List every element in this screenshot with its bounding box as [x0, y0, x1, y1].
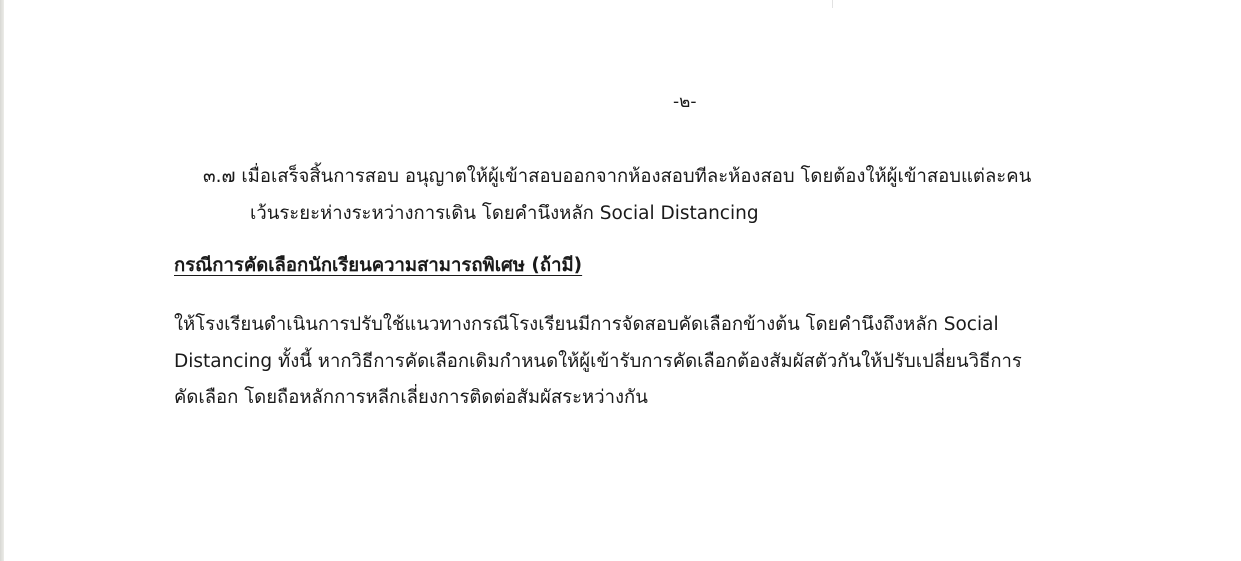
section-heading: กรณีการคัดเลือกนักเรียนความสามารถพิเศษ (… [174, 252, 582, 280]
item-text-line-2: เว้นระยะห่างระหว่างการเดิน โดยคำนึงหลัก … [203, 195, 1143, 232]
paragraph-line-2: Distancing ทั้งนี้ หากวิธีการคัดเลือกเดิ… [174, 344, 1134, 381]
document-page: -๒- ๓.๗ เมื่อเสร็จสิ้นการสอบ อนุญาตให้ผู… [0, 0, 1241, 561]
list-item-3-7: ๓.๗ เมื่อเสร็จสิ้นการสอบ อนุญาตให้ผู้เข้… [203, 158, 1143, 232]
paragraph-line-3: คัดเลือก โดยถือหลักการหลีกเลี่ยงการติดต่… [174, 380, 1134, 417]
paragraph-line-1: ให้โรงเรียนดำเนินการปรับใช้แนวทางกรณีโรง… [174, 307, 1134, 344]
item-text-line-1: ๓.๗ เมื่อเสร็จสิ้นการสอบ อนุญาตให้ผู้เข้… [203, 158, 1143, 195]
page-number: -๒- [673, 90, 696, 114]
section-paragraph: ให้โรงเรียนดำเนินการปรับใช้แนวทางกรณีโรง… [174, 307, 1134, 417]
